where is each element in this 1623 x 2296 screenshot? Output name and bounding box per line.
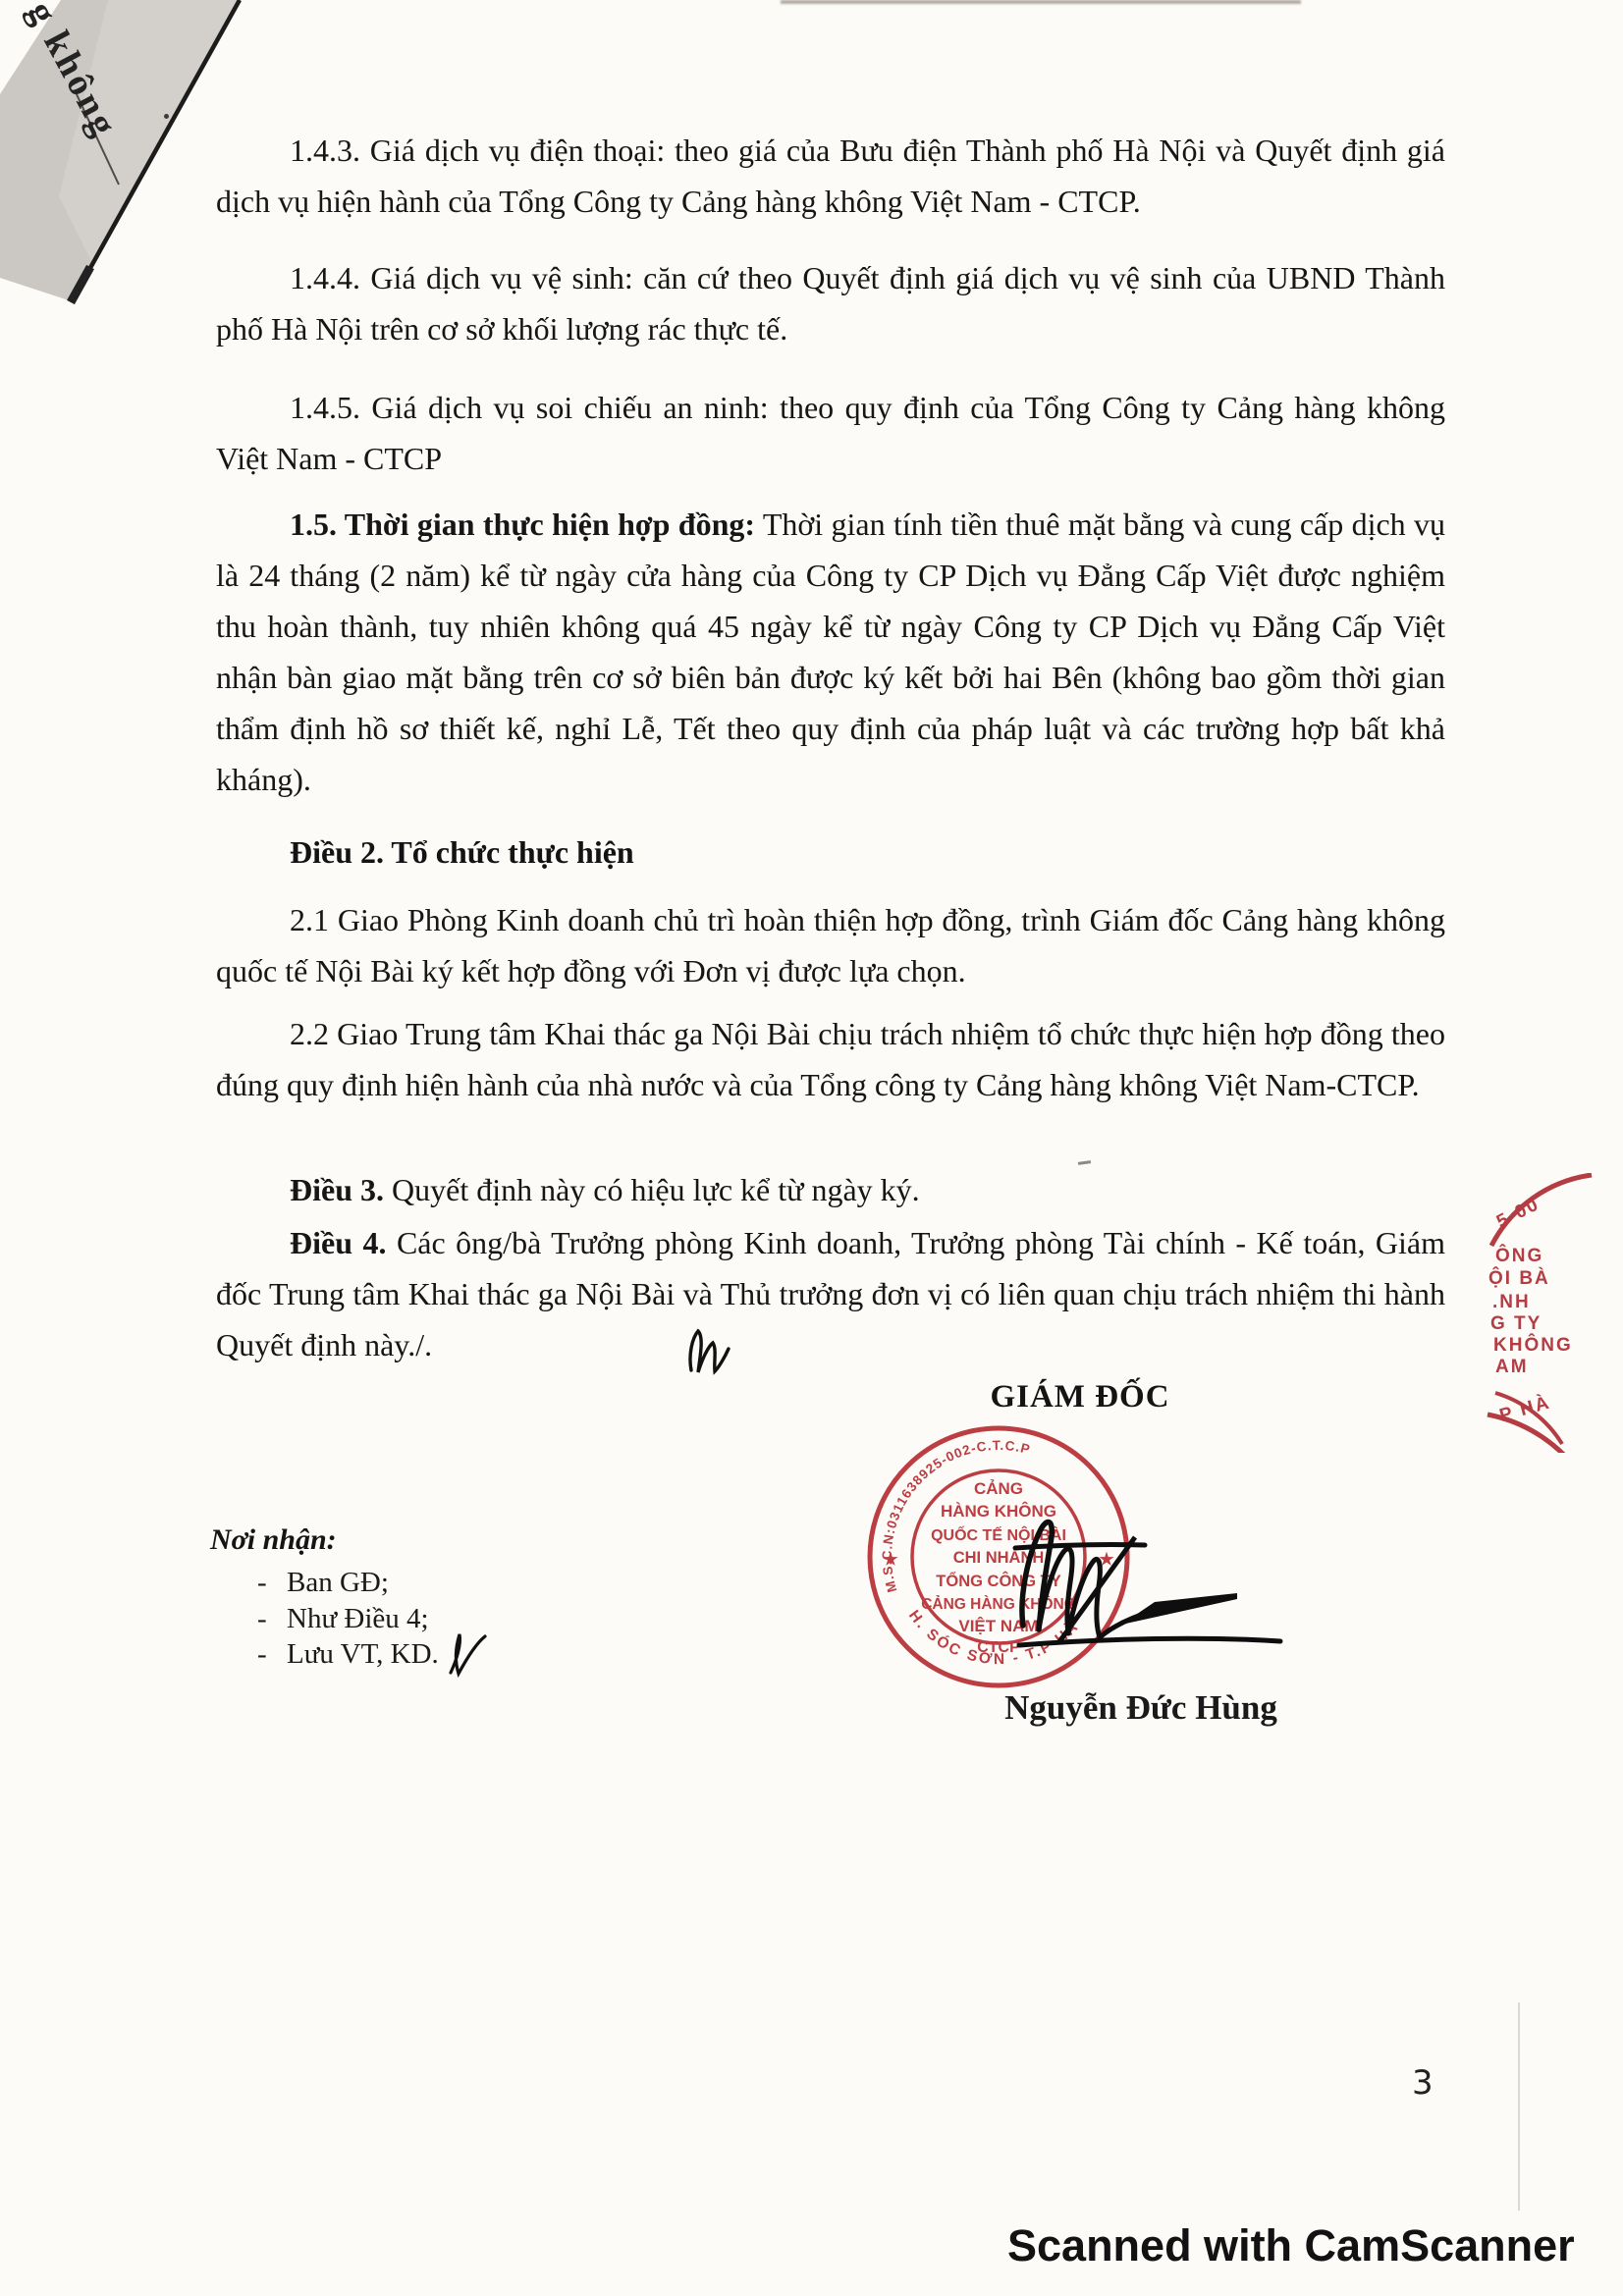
handwritten-initials-mark	[683, 1325, 738, 1378]
signer-name: Nguyễn Đức Hùng	[979, 1688, 1303, 1728]
scanned-document-page: g không 1.4.3. Giá dịch vụ điện thoại: t…	[0, 0, 1623, 2296]
scan-line-artifact	[1518, 2002, 1520, 2211]
list-dash: -	[257, 1565, 287, 1600]
recipients-label: Nơi nhận:	[210, 1523, 337, 1557]
edge-stamp-fragment: .NH	[1492, 1292, 1531, 1313]
list-dash: -	[257, 1636, 287, 1672]
edge-stamp-fragment: ỘI BÀ	[1488, 1268, 1550, 1290]
edge-stamp-fragment: ÔNG	[1495, 1246, 1543, 1267]
handwritten-check-mark	[444, 1631, 489, 1679]
paragraph-lead-bold: 1.5. Thời gian thực hiện hợp đồng:	[290, 507, 755, 542]
recipient-item: -Như Điều 4;	[257, 1601, 429, 1636]
paragraph-1-4-3: 1.4.3. Giá dịch vụ điện thoại: theo giá …	[216, 125, 1445, 227]
paragraph-2-2: 2.2 Giao Trung tâm Khai thác ga Nội Bài …	[216, 1008, 1445, 1110]
recipient-text: Như Điều 4;	[287, 1603, 429, 1634]
recipient-text: Ban GĐ;	[287, 1567, 389, 1598]
recipient-text: Lưu VT, KD.	[287, 1638, 439, 1670]
paragraph-1-4-5: 1.4.5. Giá dịch vụ soi chiếu an ninh: th…	[216, 382, 1445, 484]
paragraph-dieu-3: Điều 3. Quyết định này có hiệu lực kể từ…	[216, 1164, 1445, 1215]
edge-stamp-fragment: AM	[1495, 1357, 1529, 1378]
paragraph-text: 1.4.3. Giá dịch vụ điện thoại: theo giá …	[216, 133, 1445, 219]
list-dash: -	[257, 1601, 287, 1636]
recipient-item: -Ban GĐ;	[257, 1565, 389, 1600]
handwritten-signature	[990, 1500, 1314, 1662]
recipient-item: -Lưu VT, KD.	[257, 1636, 439, 1672]
paragraph-text: 2.1 Giao Phòng Kinh doanh chủ trì hoàn t…	[216, 902, 1445, 988]
partial-edge-stamp: 5-00 ÔNG ỘI BÀ .NH G TY KHÔNG AM P HÀ	[1486, 1173, 1623, 1453]
page-number: 3	[1412, 2063, 1434, 2103]
paragraph-lead-bold: Điều 3.	[290, 1172, 384, 1207]
scan-edge-smudge	[781, 0, 1301, 4]
paragraph-1-5: 1.5. Thời gian thực hiện hợp đồng: Thời …	[216, 499, 1445, 805]
paragraph-1-4-4: 1.4.4. Giá dịch vụ vệ sinh: căn cứ theo …	[216, 252, 1445, 354]
paragraph-text: Các ông/bà Trưởng phòng Kinh doanh, Trưở…	[216, 1225, 1445, 1362]
heading-dieu-2: Điều 2. Tổ chức thực hiện	[216, 827, 1445, 878]
signer-title: GIÁM ĐỐC	[933, 1379, 1227, 1415]
camscanner-watermark: Scanned with CamScanner	[1007, 2220, 1575, 2271]
paragraph-text: Thời gian tính tiền thuê mặt bằng và cun…	[216, 507, 1445, 797]
scan-speck	[164, 114, 169, 119]
stamp-line: CẢNG	[974, 1479, 1023, 1498]
paragraph-text: 2.2 Giao Trung tâm Khai thác ga Nội Bài …	[216, 1016, 1445, 1102]
edge-stamp-fragment: G TY	[1490, 1313, 1542, 1335]
paragraph-2-1: 2.1 Giao Phòng Kinh doanh chủ trì hoàn t…	[216, 894, 1445, 996]
paragraph-text: 1.4.5. Giá dịch vụ soi chiếu an ninh: th…	[216, 390, 1445, 476]
paragraph-lead-bold: Điều 4.	[290, 1225, 386, 1260]
paragraph-text: Quyết định này có hiệu lực kể từ ngày ký…	[384, 1172, 920, 1207]
paragraph-text: 1.4.4. Giá dịch vụ vệ sinh: căn cứ theo …	[216, 260, 1445, 347]
edge-stamp-fragment: KHÔNG	[1493, 1335, 1573, 1357]
stamp-star-left: ★	[883, 1550, 898, 1569]
paragraph-dieu-4: Điều 4. Các ông/bà Trưởng phòng Kinh doa…	[216, 1217, 1445, 1370]
